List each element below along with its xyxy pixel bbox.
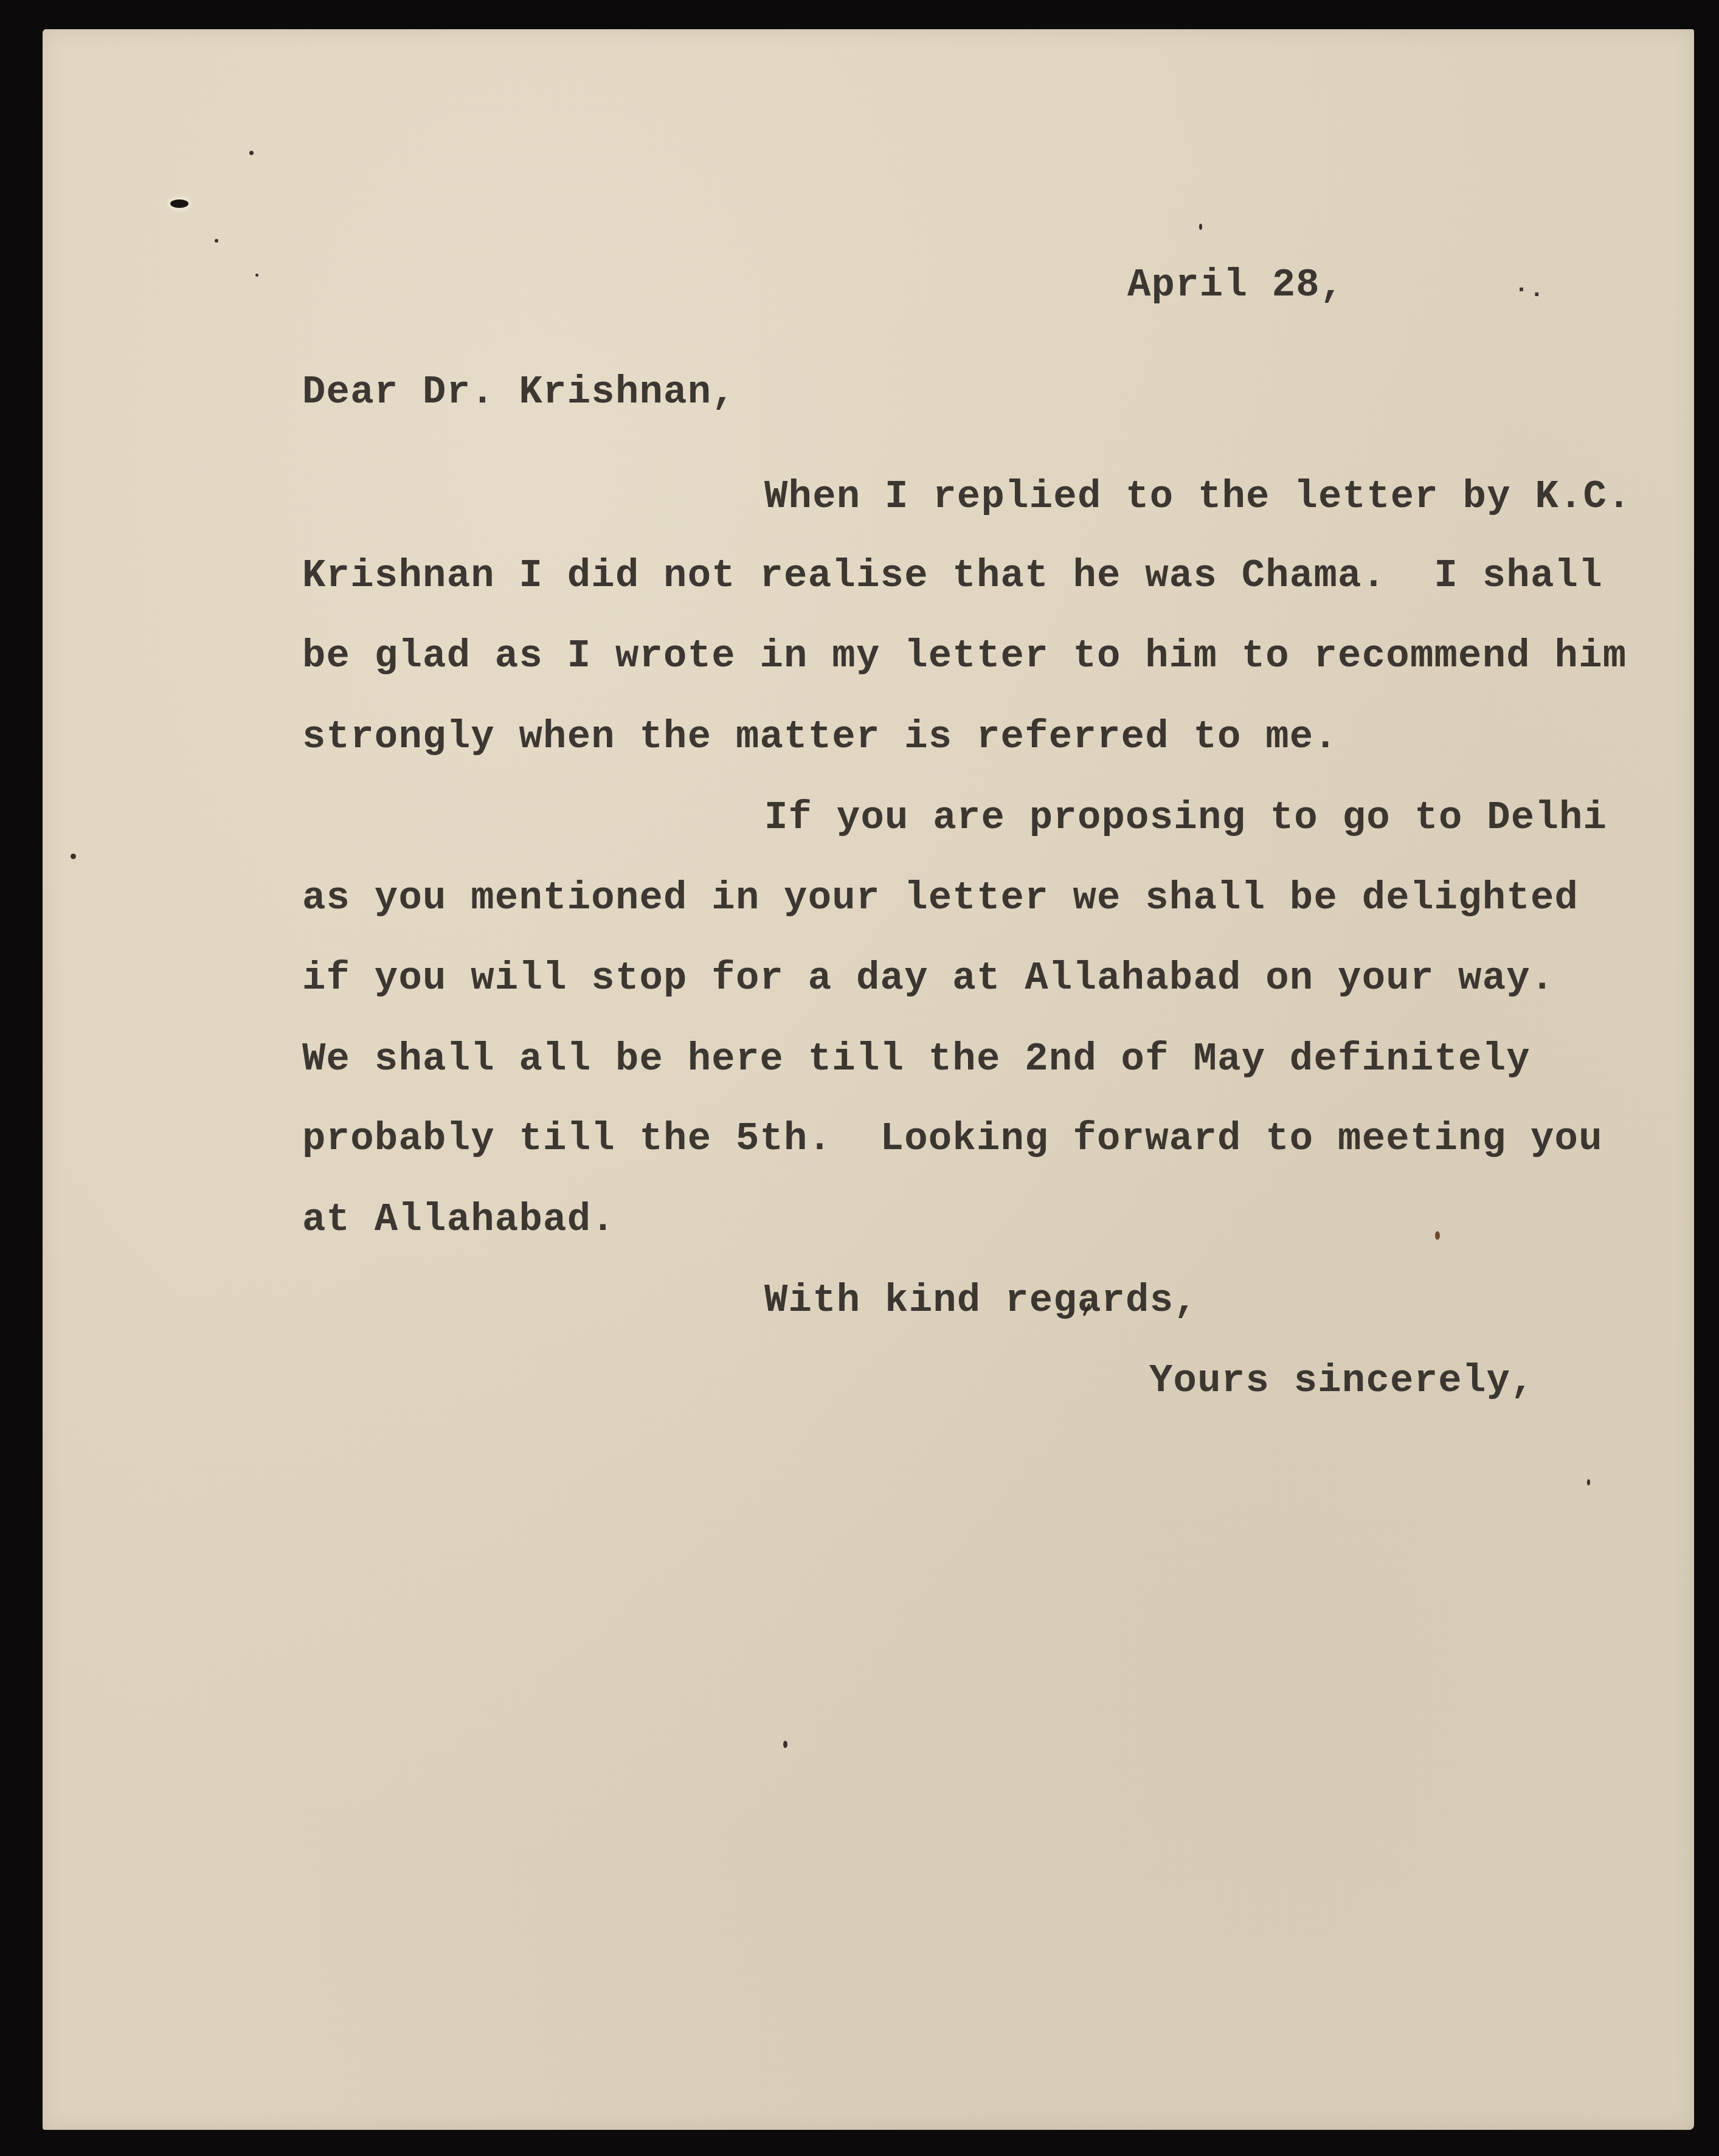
paragraph-1-line-3: be glad as I wrote in my letter to him t… <box>302 637 1627 676</box>
paper-speck <box>783 1741 787 1748</box>
letter-paper: April 28, ·. Dear Dr. Krishnan, When I r… <box>43 29 1694 2130</box>
paper-speck <box>215 239 218 243</box>
paragraph-2-line-2: as you mentioned in your letter we shall… <box>302 879 1579 918</box>
salutation: Dear Dr. Krishnan, <box>302 373 736 412</box>
closing: With kind regards, <box>764 1282 1198 1321</box>
paragraph-1-line-4: strongly when the matter is referred to … <box>302 718 1338 757</box>
paragraph-2-line-5: probably till the 5th. Looking forward t… <box>302 1120 1603 1159</box>
signoff: Yours sincerely, <box>1149 1362 1535 1401</box>
paper-speck <box>1435 1231 1440 1240</box>
paper-speck <box>249 151 254 155</box>
paper-speck <box>1199 224 1202 230</box>
paragraph-1-line-1: When I replied to the letter by K.C. <box>764 478 1631 517</box>
punch-hole-mark <box>170 199 189 208</box>
letter-date: April 28, <box>1127 266 1344 305</box>
paragraph-2-line-6: at Allahabad. <box>302 1201 615 1240</box>
date-mark: ·. <box>1514 271 1544 310</box>
paragraph-2-line-4: We shall all be here till the 2nd of May… <box>302 1040 1530 1079</box>
paragraph-2-line-3: if you will stop for a day at Allahabad … <box>302 959 1555 998</box>
paper-speck <box>255 274 258 277</box>
paragraph-2-line-1: If you are proposing to go to Delhi <box>764 799 1607 838</box>
paper-speck <box>71 854 76 859</box>
paper-speck <box>1587 1479 1590 1485</box>
paragraph-1-line-2: Krishnan I did not realise that he was C… <box>302 557 1603 596</box>
